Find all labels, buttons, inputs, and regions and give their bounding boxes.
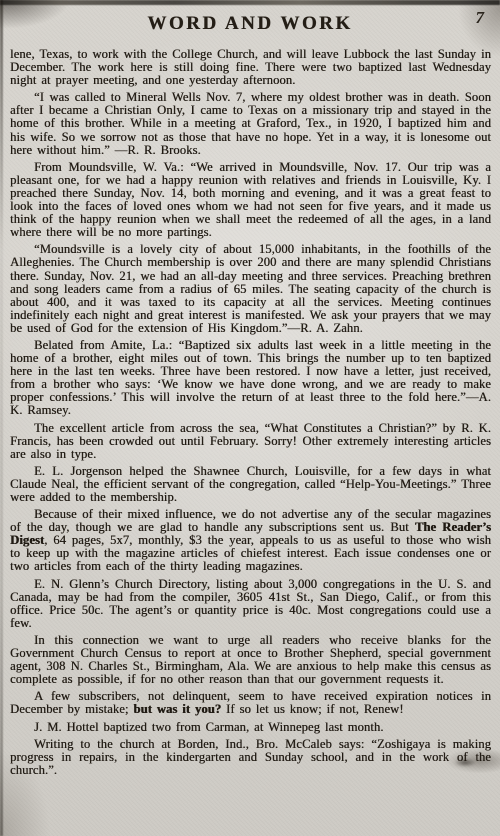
text-run: J. M. Hottel baptized two from Carman, a… bbox=[34, 720, 384, 734]
text-run: E. N. Glenn’s Church Directory, listing … bbox=[10, 577, 491, 630]
paragraph: From Moundsville, W. Va.: “We arrived in… bbox=[10, 161, 491, 240]
ink-smudge-artifact bbox=[454, 758, 476, 767]
paragraph: In this connection we want to urge all r… bbox=[10, 634, 491, 686]
scan-edge-artifact-left bbox=[0, 0, 3, 836]
paragraph: Belated from Amite, La.: “Baptized six a… bbox=[10, 339, 491, 418]
text-run: In this connection we want to urge all r… bbox=[10, 633, 491, 686]
text-run: , 64 pages, 5x7, monthly, $3 the year, a… bbox=[10, 533, 491, 573]
text-run: lene, Texas, to work with the College Ch… bbox=[10, 47, 491, 87]
paragraph: Because of their mixed influence, we do … bbox=[10, 508, 491, 573]
page-title: WORD AND WORK bbox=[0, 13, 500, 35]
text-run: “Moundsville is a lovely city of about 1… bbox=[10, 242, 491, 335]
paragraph: Writing to the church at Borden, Ind., B… bbox=[10, 738, 491, 777]
paragraph: E. L. Jorgenson helped the Shawnee Churc… bbox=[10, 465, 491, 504]
paragraph: J. M. Hottel baptized two from Carman, a… bbox=[10, 721, 491, 734]
article-body: lene, Texas, to work with the College Ch… bbox=[0, 42, 500, 777]
text-run: From Moundsville, W. Va.: “We arrived in… bbox=[10, 160, 491, 239]
text-run: The excellent article from across the se… bbox=[10, 421, 491, 461]
paragraph: E. N. Glenn’s Church Directory, listing … bbox=[10, 578, 491, 630]
text-run: E. L. Jorgenson helped the Shawnee Churc… bbox=[10, 464, 491, 504]
text-run: If so let us know; if not, Renew! bbox=[221, 702, 403, 716]
paragraph: lene, Texas, to work with the College Ch… bbox=[10, 48, 491, 87]
page-number: 7 bbox=[476, 8, 485, 28]
text-run: Writing to the church at Borden, Ind., B… bbox=[10, 737, 491, 777]
text-run: “I was called to Mineral Wells Nov. 7, w… bbox=[10, 90, 491, 156]
paragraph: “I was called to Mineral Wells Nov. 7, w… bbox=[10, 91, 491, 156]
paragraph: “Moundsville is a lovely city of about 1… bbox=[10, 243, 491, 335]
text-run: Belated from Amite, La.: “Baptized six a… bbox=[10, 338, 491, 417]
paragraph: A few subscribers, not delinquent, seem … bbox=[10, 690, 491, 716]
document-page: WORD AND WORK 7 lene, Texas, to work wit… bbox=[0, 0, 500, 836]
paragraph: The excellent article from across the se… bbox=[10, 422, 491, 461]
page-header: WORD AND WORK 7 bbox=[0, 0, 500, 42]
bold-text-run: but was it you? bbox=[133, 702, 221, 716]
